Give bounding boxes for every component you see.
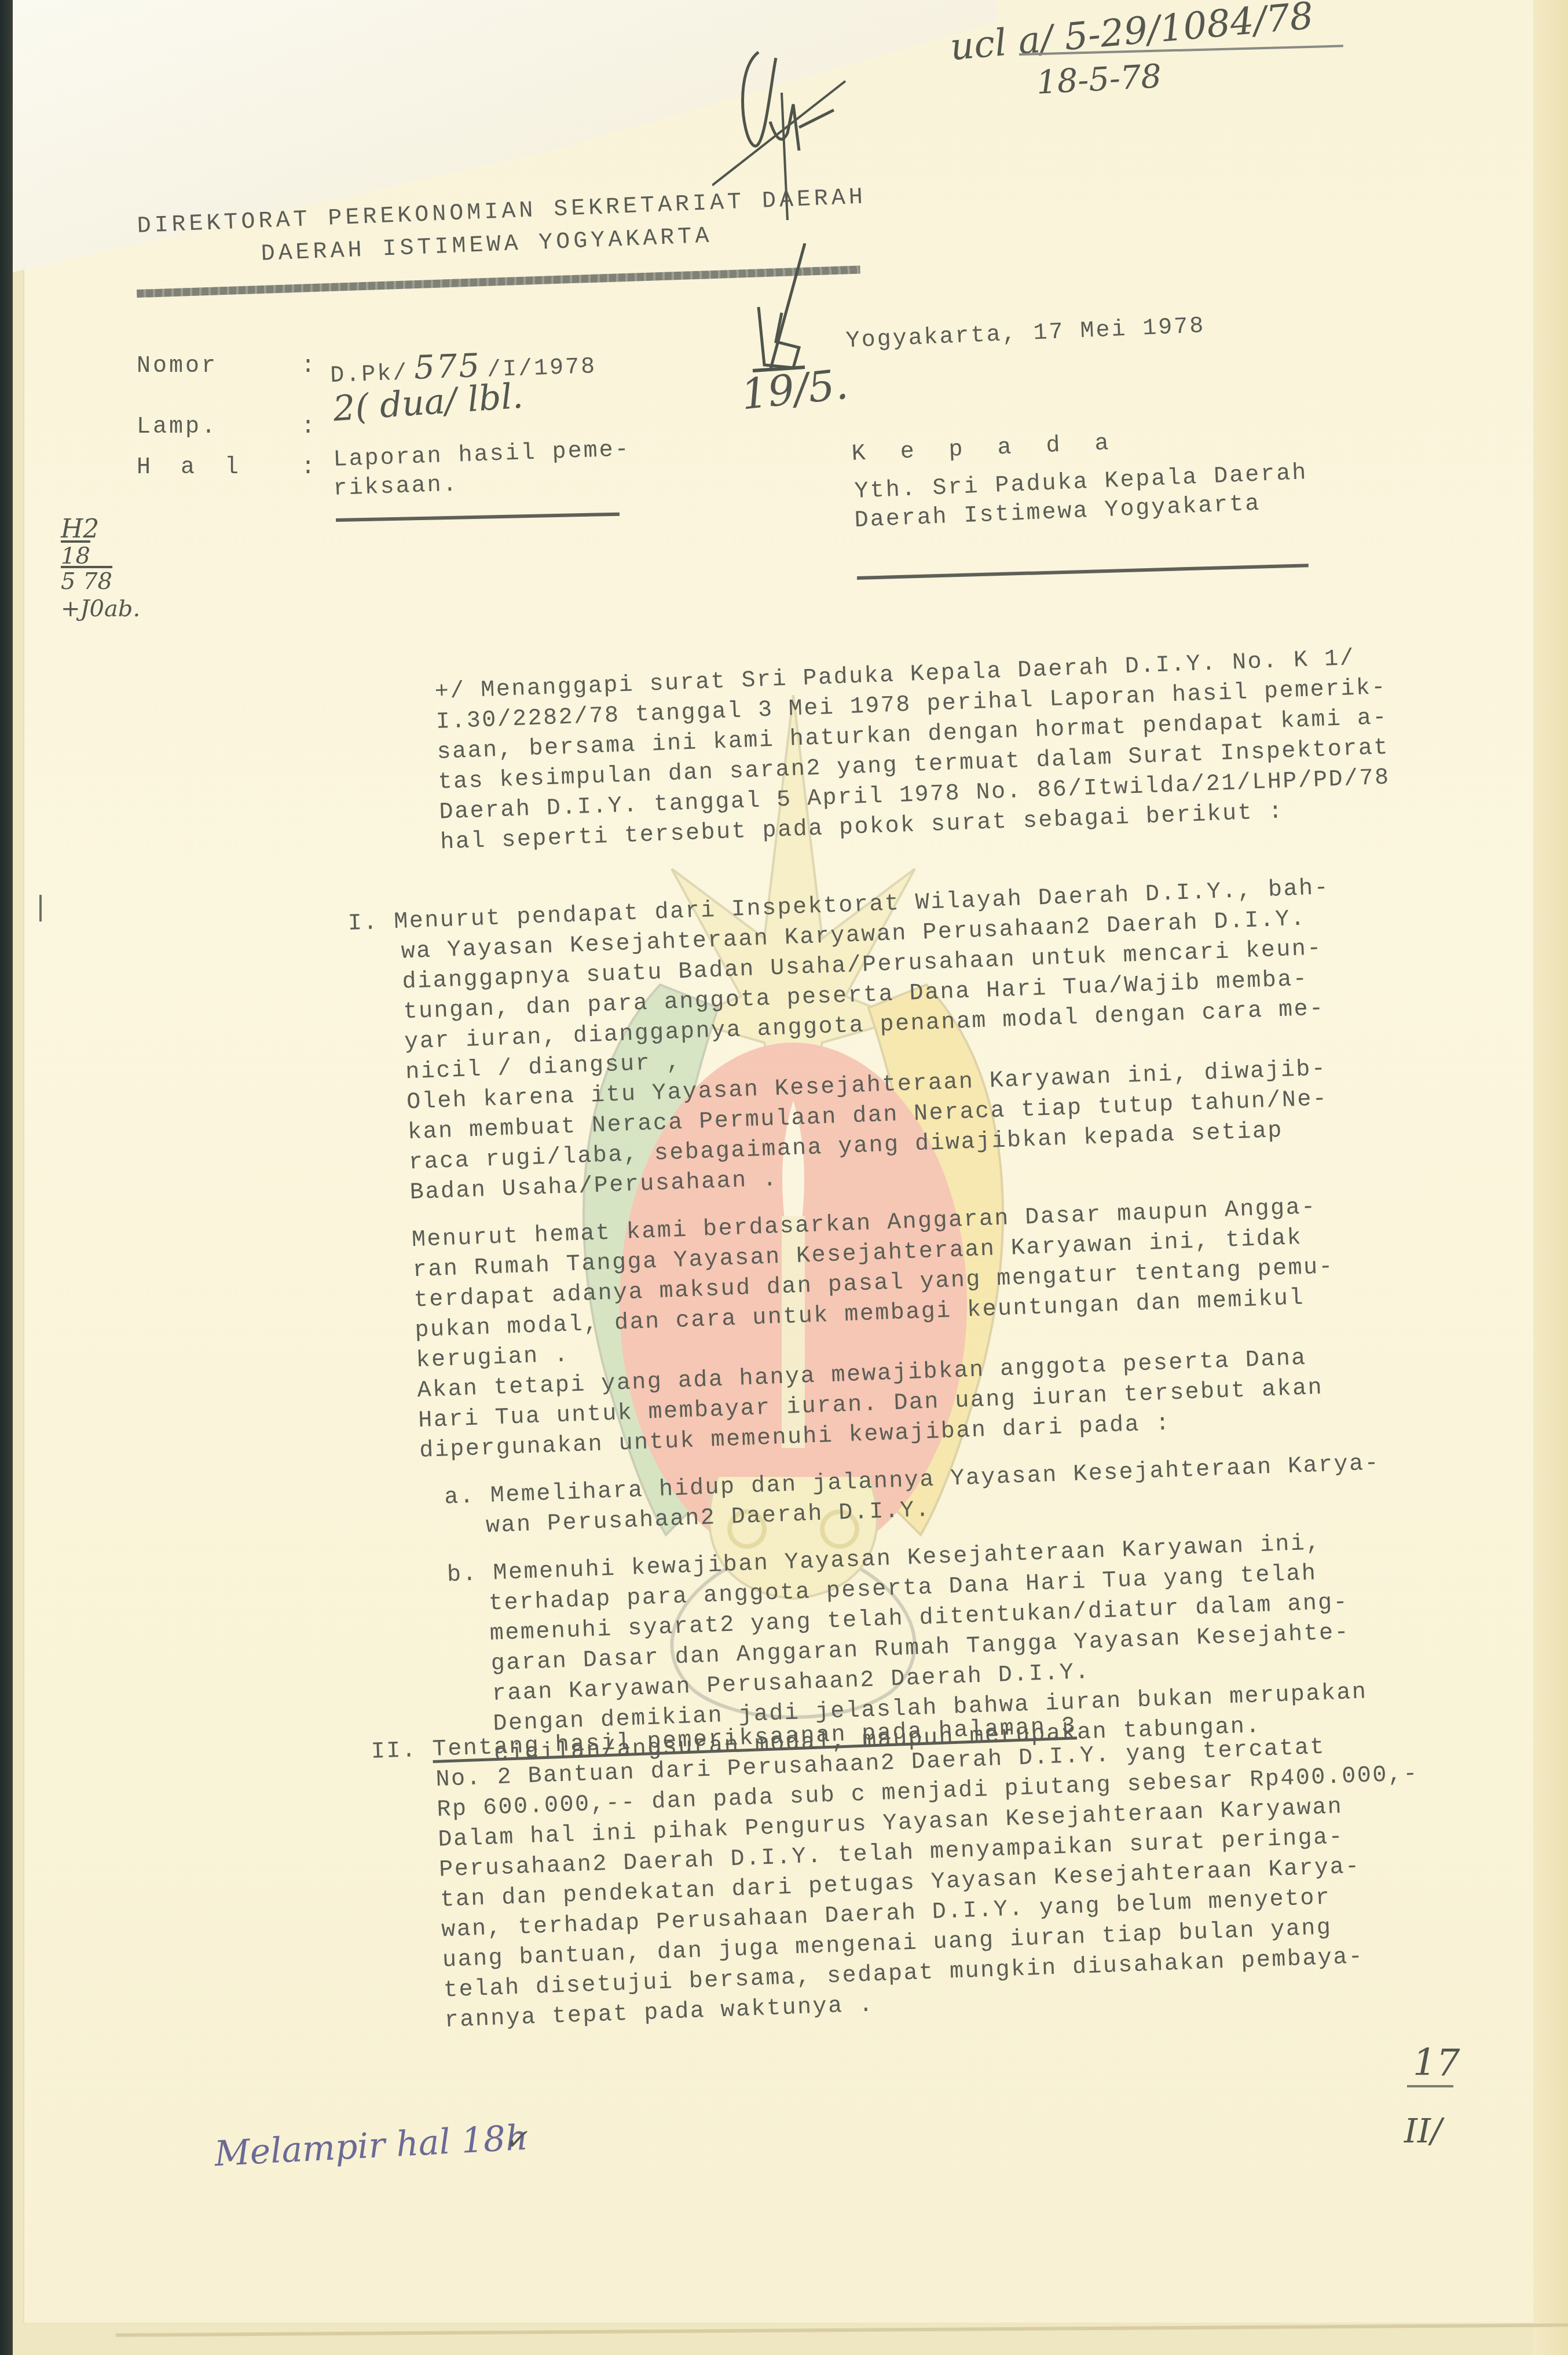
section-number: I. bbox=[347, 910, 379, 937]
margin-note-line: 5 78 bbox=[61, 569, 165, 594]
archive-stamp-date: 18-5-78 bbox=[1035, 57, 1162, 101]
page-marker-rule bbox=[1407, 2085, 1453, 2087]
lamp-colon: : bbox=[301, 414, 315, 440]
margin-note: H2 18 5 78 +J0ab. bbox=[61, 515, 165, 623]
nomor-label: Nomor bbox=[137, 353, 218, 379]
lamp-label: Lamp. bbox=[137, 414, 218, 440]
page-marker-number: 17 bbox=[1413, 2042, 1460, 2085]
item-label: b. bbox=[446, 1562, 478, 1589]
opening-paragraph: +/ Menanggapi surat Sri Paduka Kepala Da… bbox=[434, 639, 1482, 858]
paper-right-edge bbox=[1533, 0, 1568, 2355]
margin-note-line: +J0ab. bbox=[61, 594, 165, 623]
nomor-colon: : bbox=[301, 353, 315, 379]
hal-label: H a l bbox=[137, 455, 247, 481]
page-marker-continuation: II/ bbox=[1404, 2111, 1442, 2151]
margin-note-line: 18 bbox=[61, 543, 165, 569]
margin-tick bbox=[39, 895, 42, 921]
footer-check-icon: ✓ bbox=[504, 2123, 528, 2156]
section-number: II. bbox=[371, 1738, 417, 1765]
margin-note-line: H2 bbox=[61, 515, 165, 543]
item-label: a. bbox=[444, 1484, 476, 1511]
section-II: II. Tentang hasil pemeriksaanan pada hal… bbox=[371, 1696, 1510, 2039]
hal-value-line-2: riksaan. bbox=[333, 471, 459, 502]
hal-colon: : bbox=[301, 455, 315, 481]
scan-border bbox=[0, 0, 13, 2355]
section-I: I. Menurut pendapat dari Inspektorat Wil… bbox=[347, 868, 1507, 1774]
